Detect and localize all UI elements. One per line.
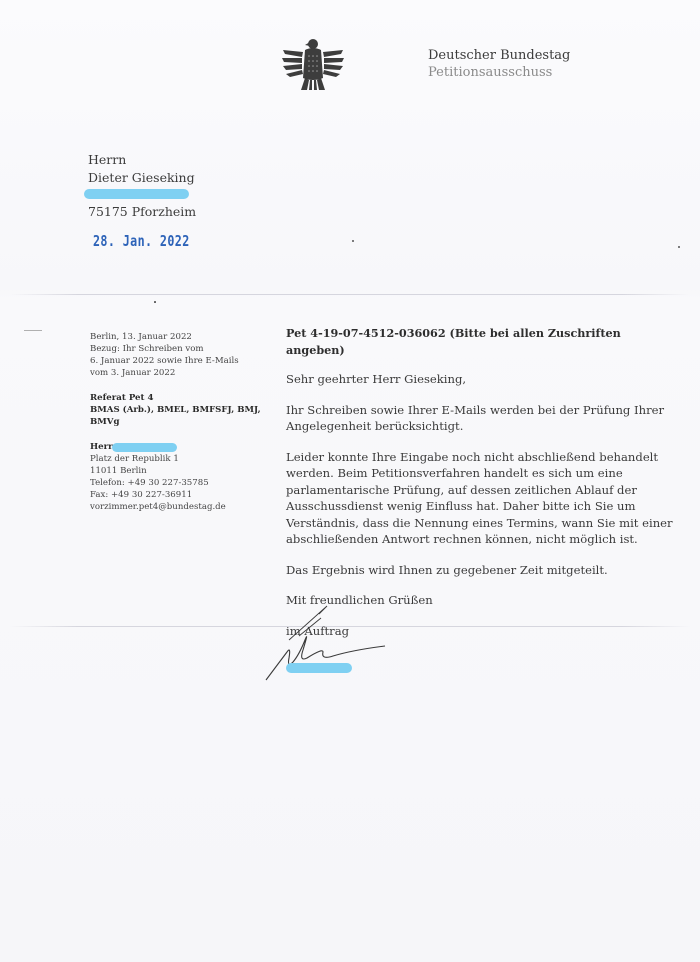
- federal-eagle-icon: [281, 36, 345, 92]
- body-paragraph: Ihr Schreiben sowie Ihrer E-Mails werden…: [286, 402, 681, 435]
- body-paragraph: Das Ergebnis wird Ihnen zu gegebener Zei…: [286, 562, 681, 579]
- letter-date: Berlin, 13. Januar 2022: [90, 331, 270, 343]
- fax-number: Fax: +49 30 227-36911: [90, 489, 270, 501]
- redacted-contact-name: [112, 443, 177, 452]
- address-city: 11011 Berlin: [90, 465, 270, 477]
- committee-name: Petitionsausschuss: [428, 64, 570, 81]
- body-paragraph: Leider konnte Ihre Eingabe noch nicht ab…: [286, 449, 681, 548]
- recipient-city: 75175 Pforzheim: [88, 203, 196, 221]
- fold-mark: [24, 330, 42, 331]
- department-ministries: BMAS (Arb.), BMEL, BMFSFJ, BMJ, BMVg: [90, 405, 261, 427]
- reference-line: Bezug: Ihr Schreiben vom: [90, 343, 270, 355]
- greeting: Sehr geehrter Herr Gieseking,: [286, 371, 681, 388]
- received-date-stamp: 28. Jan. 2022: [93, 232, 190, 250]
- paper-fold-line: [10, 294, 690, 295]
- address-street: Platz der Republik 1: [90, 453, 270, 465]
- recipient-salutation: Herrn: [88, 151, 196, 169]
- reference-line: 6. Januar 2022 sowie Ihre E-Mails: [90, 355, 270, 367]
- redacted-street: [84, 189, 189, 199]
- contact-person: Herr: [90, 441, 270, 453]
- paper-speck: [352, 240, 354, 242]
- paper-speck: [154, 301, 156, 303]
- redacted-signer-name: [286, 663, 352, 673]
- phone-number: Telefon: +49 30 227-35785: [90, 477, 270, 489]
- contact-prefix: Herr: [90, 441, 113, 453]
- sender-info-column: Berlin, 13. Januar 2022 Bezug: Ihr Schre…: [90, 331, 270, 513]
- petition-reference: Pet 4-19-07-4512-036062 (Bitte bei allen…: [286, 325, 681, 358]
- reference-line: vom 3. Januar 2022: [90, 367, 270, 379]
- letterhead: Deutscher Bundestag Petitionsausschuss: [428, 47, 570, 81]
- email-address: vorzimmer.pet4@bundestag.de: [90, 501, 270, 513]
- department-title: Referat Pet 4: [90, 393, 153, 403]
- recipient-address: Herrn Dieter Gieseking 75175 Pforzheim: [88, 151, 196, 221]
- paper-speck: [678, 246, 680, 248]
- organization-name: Deutscher Bundestag: [428, 47, 570, 64]
- letter-page: Deutscher Bundestag Petitionsausschuss H…: [0, 0, 700, 962]
- recipient-name: Dieter Gieseking: [88, 169, 196, 187]
